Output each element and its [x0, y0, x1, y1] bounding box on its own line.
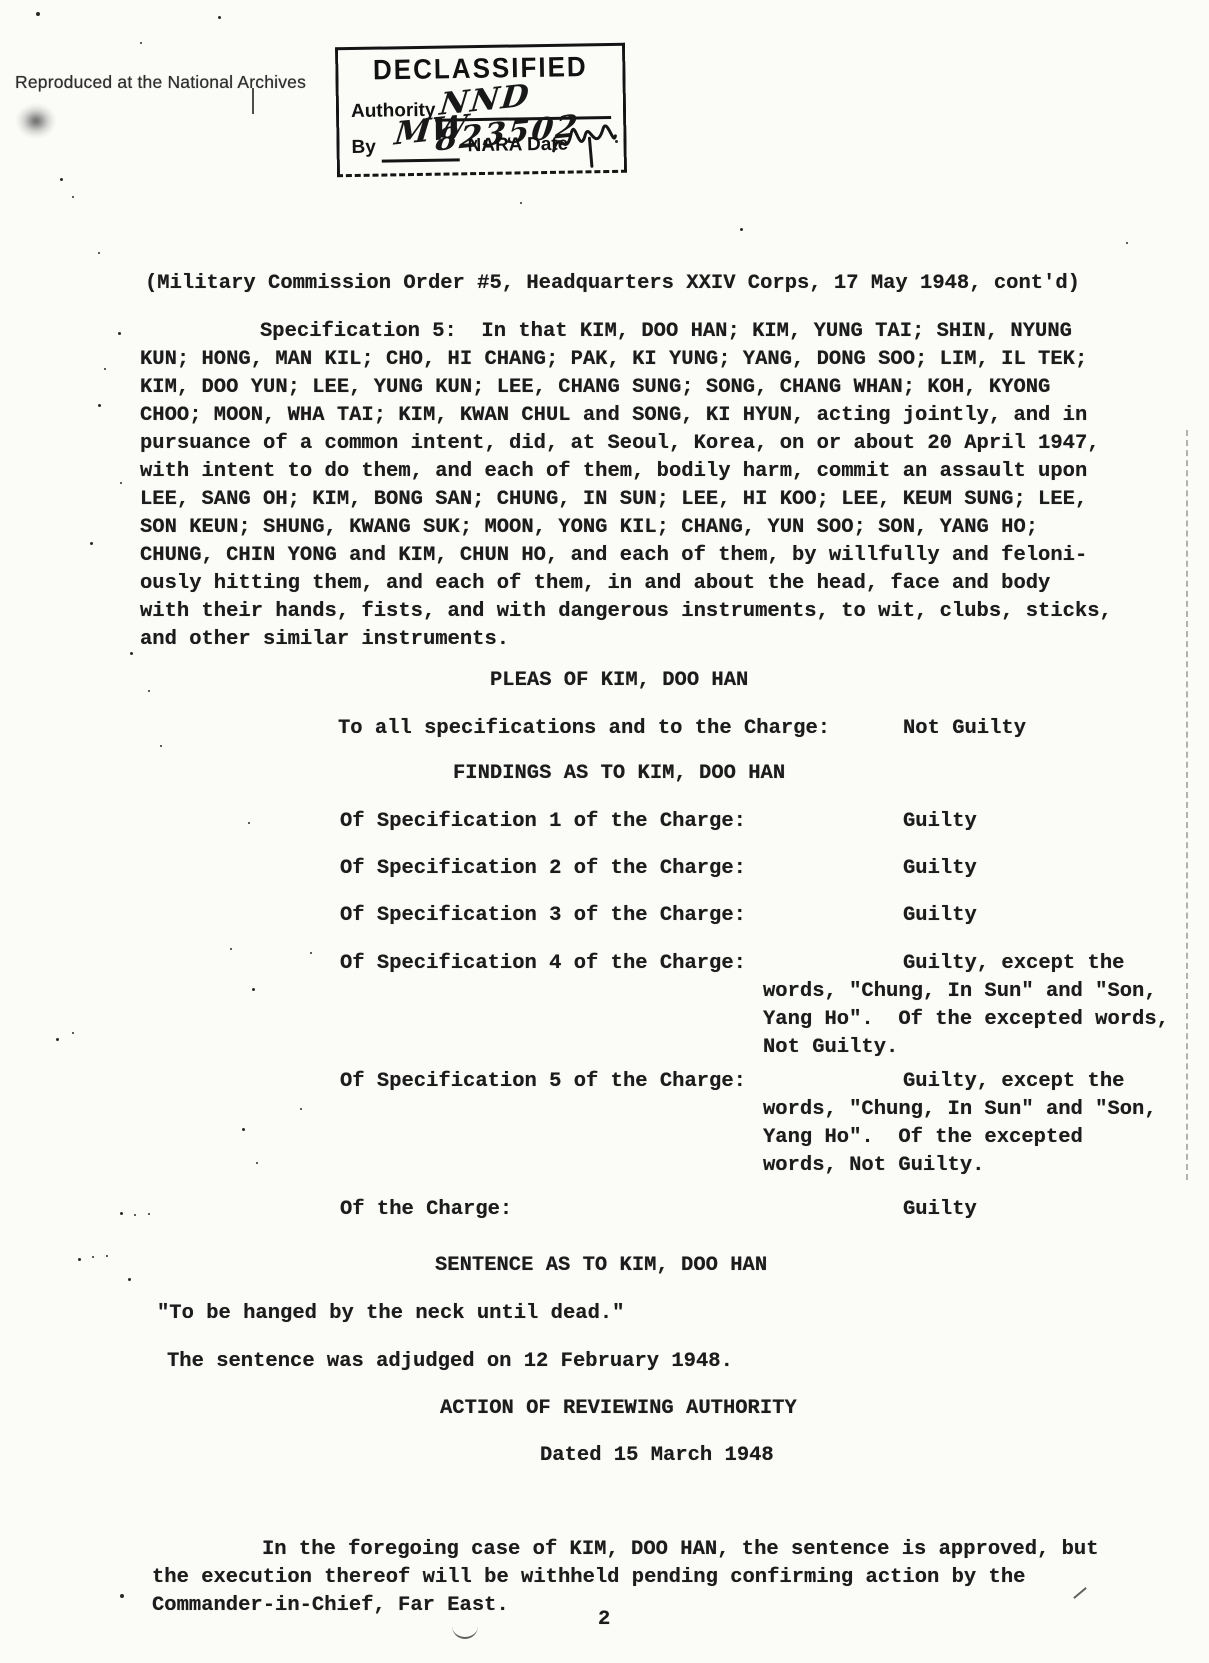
finding-value: Guilty	[763, 1196, 1183, 1224]
scan-speckle	[72, 196, 74, 198]
nara-date-scribble-icon	[551, 116, 618, 169]
pleas-row-value: Not Guilty	[763, 715, 1183, 743]
scan-smudge	[16, 104, 56, 138]
scan-speckle	[248, 822, 250, 824]
pleas-row-label: To all specifications and to the Charge:	[338, 715, 830, 743]
scan-speckle	[36, 12, 40, 16]
finding-value: Guilty	[763, 902, 1183, 930]
scan-speckle	[148, 690, 150, 692]
scan-edge-line	[1186, 430, 1188, 1180]
scan-speckle	[1126, 242, 1128, 244]
scan-speckle	[78, 1258, 81, 1261]
scan-speckle	[90, 542, 93, 545]
scan-speckle	[118, 332, 121, 335]
scan-tick-mark	[252, 88, 254, 114]
scan-speckle	[92, 1256, 94, 1258]
finding-value: Guilty	[763, 855, 1183, 883]
scan-speckle	[740, 228, 743, 231]
scan-speckle	[56, 1038, 59, 1041]
action-date: Dated 15 March 1948	[540, 1442, 774, 1470]
finding-label: Of Specification 1 of the Charge:	[340, 808, 746, 836]
scan-speckle	[106, 1255, 108, 1257]
scan-speckle	[134, 1214, 136, 1216]
scan-speckle	[60, 178, 63, 181]
scan-speckle	[72, 1032, 74, 1034]
scan-speckle	[256, 1162, 258, 1164]
order-heading: (Military Commission Order #5, Headquart…	[145, 270, 1080, 298]
document-page: Reproduced at the National Archives DECL…	[0, 0, 1209, 1663]
scan-speckle	[300, 1108, 302, 1110]
scan-speckle	[120, 482, 122, 484]
scan-speckle	[310, 952, 312, 954]
sentence-adjudged: The sentence was adjudged on 12 February…	[167, 1348, 733, 1376]
specification-paragraph: Specification 5: In that KIM, DOO HAN; K…	[140, 318, 1112, 654]
scan-speckle	[230, 948, 232, 950]
finding-label: Of Specification 4 of the Charge:	[340, 950, 746, 978]
finding-value: Guilty, except the words, "Chung, In Sun…	[763, 950, 1183, 1062]
scan-speckle	[98, 252, 100, 254]
sentence-heading: SENTENCE AS TO KIM, DOO HAN	[435, 1252, 767, 1280]
scan-speckle	[98, 404, 101, 407]
declassified-stamp: DECLASSIFIED Authority NND 823502 By MW …	[335, 43, 627, 178]
action-paragraph: In the foregoing case of KIM, DOO HAN, t…	[152, 1536, 1099, 1620]
scan-speckle	[218, 16, 221, 19]
pleas-heading: PLEAS OF KIM, DOO HAN	[490, 667, 748, 695]
archive-watermark: Reproduced at the National Archives	[15, 72, 306, 92]
scan-speckle	[128, 1278, 131, 1281]
by-value: MW	[393, 107, 469, 152]
scan-arc-mark	[452, 1626, 478, 1639]
finding-label: Of Specification 3 of the Charge:	[340, 902, 746, 930]
finding-label: Of the Charge:	[340, 1196, 512, 1224]
scan-speckle	[140, 42, 142, 44]
scan-speckle	[520, 202, 522, 204]
scan-speckle	[130, 652, 133, 655]
scan-speckle	[160, 745, 162, 747]
page-number: 2	[598, 1606, 610, 1634]
scan-speckle	[252, 988, 255, 991]
scan-speckle	[615, 140, 618, 143]
scan-speckle	[104, 368, 106, 370]
findings-heading: FINDINGS AS TO KIM, DOO HAN	[453, 760, 785, 788]
finding-label: Of Specification 5 of the Charge:	[340, 1068, 746, 1096]
finding-value: Guilty	[763, 808, 1183, 836]
finding-label: Of Specification 2 of the Charge:	[340, 855, 746, 883]
finding-value: Guilty, except the words, "Chung, In Sun…	[763, 1068, 1183, 1180]
scan-speckle	[242, 1128, 245, 1131]
scan-speckle	[120, 1594, 124, 1598]
sentence-quote: "To be hanged by the neck until dead."	[157, 1300, 624, 1328]
scan-speckle	[120, 1212, 123, 1215]
by-label: By	[351, 138, 376, 158]
action-heading: ACTION OF REVIEWING AUTHORITY	[440, 1395, 797, 1423]
scan-speckle	[148, 1213, 150, 1215]
